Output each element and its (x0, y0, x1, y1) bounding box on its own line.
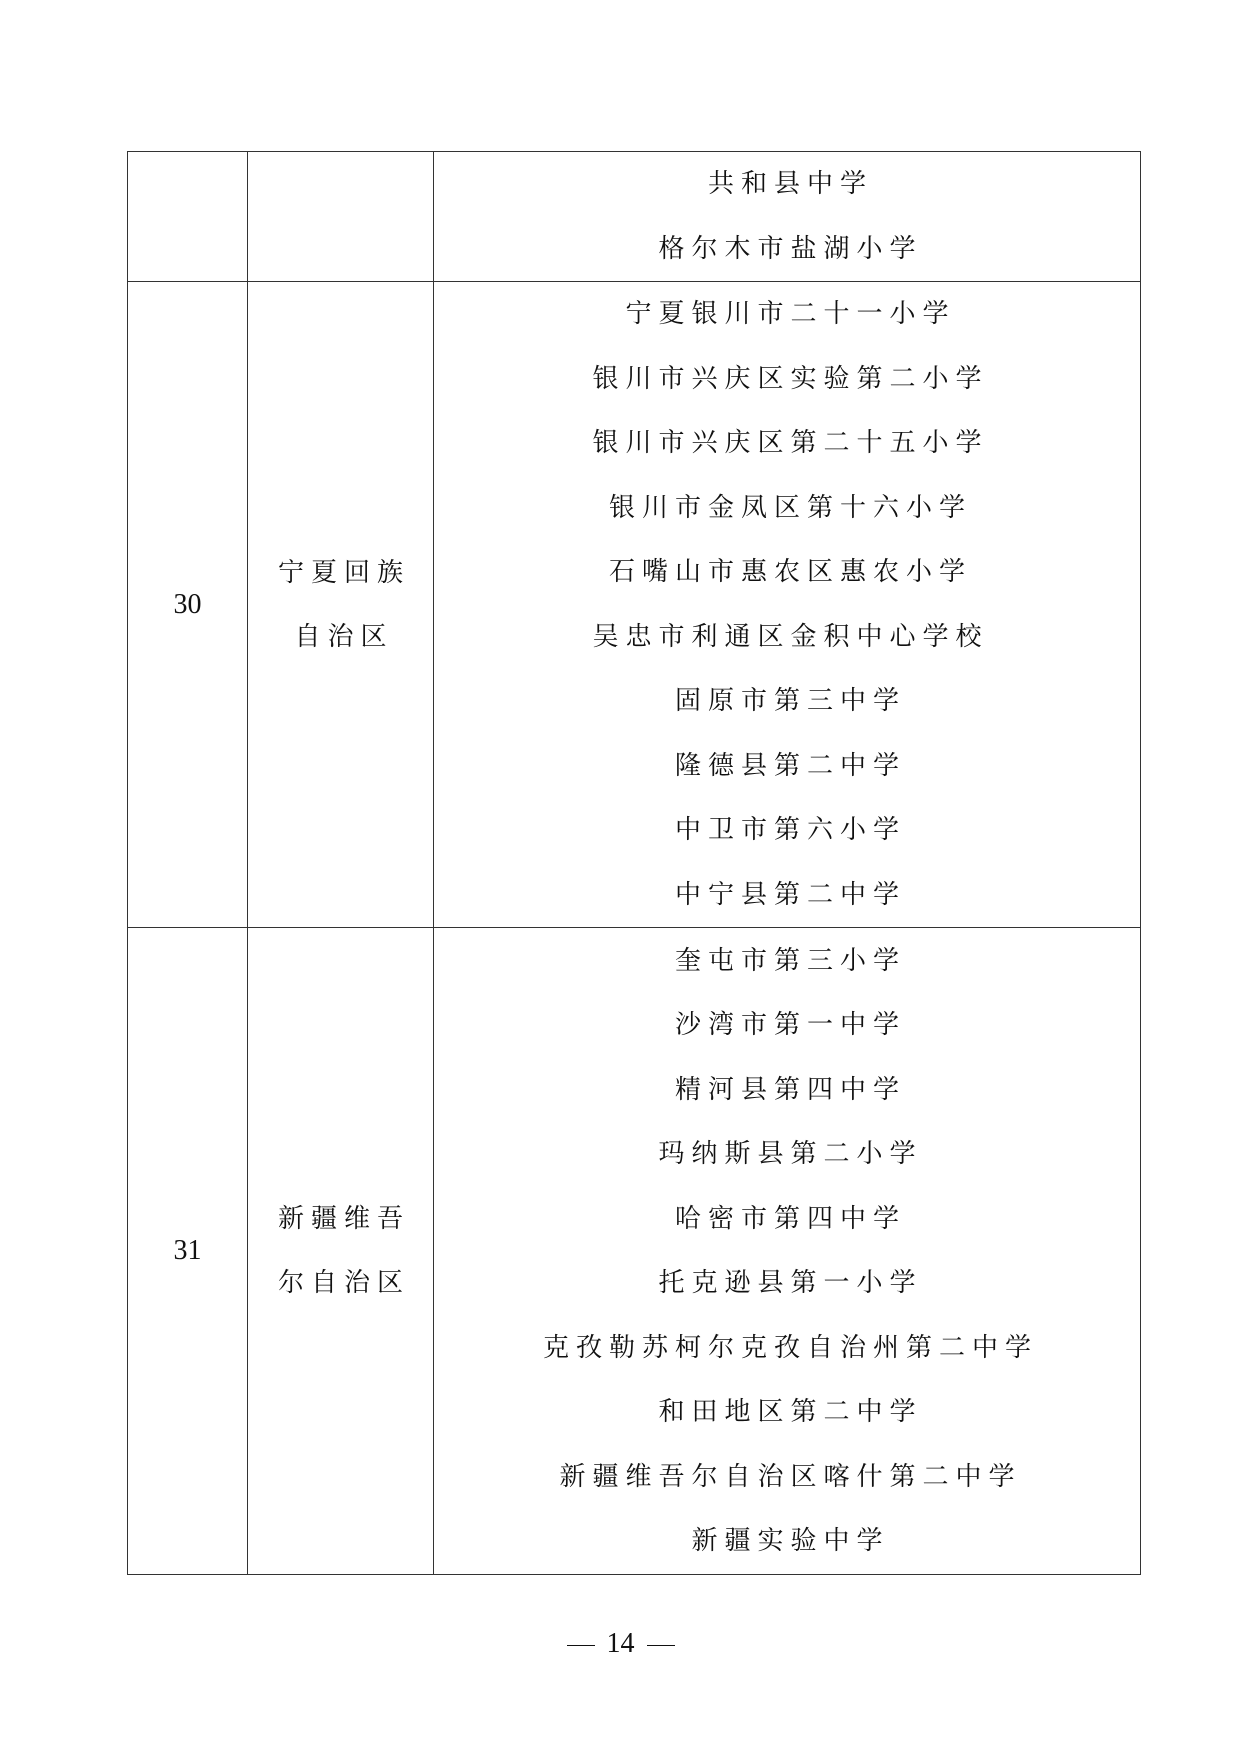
region-name-line: 自治区 (248, 605, 433, 669)
region-cell: 新疆维吾 尔自治区 (248, 928, 434, 1575)
school-name: 新疆实验中学 (434, 1509, 1140, 1574)
school-name: 奎屯市第三小学 (434, 929, 1140, 994)
school-name: 和田地区第二中学 (434, 1380, 1140, 1445)
school-name: 新疆维吾尔自治区喀什第二中学 (434, 1445, 1140, 1510)
dash-left-decoration (567, 1645, 595, 1647)
school-name: 中卫市第六小学 (434, 798, 1140, 863)
school-list-cell: 宁夏银川市二十一小学 银川市兴庆区实验第二小学 银川市兴庆区第二十五小学 银川市… (434, 282, 1141, 928)
school-name: 隆德县第二中学 (434, 734, 1140, 799)
region-cell: 宁夏回族 自治区 (248, 282, 434, 928)
school-name: 共和县中学 (434, 152, 1140, 217)
school-name: 固原市第三中学 (434, 669, 1140, 734)
school-name: 银川市兴庆区实验第二小学 (434, 347, 1140, 412)
school-name: 玛纳斯县第二小学 (434, 1122, 1140, 1187)
school-name: 银川市兴庆区第二十五小学 (434, 411, 1140, 476)
region-name-line: 尔自治区 (248, 1251, 433, 1315)
table-row-31: 31 新疆维吾 尔自治区 奎屯市第三小学 沙湾市第一中学 精河县第四中学 玛纳斯… (128, 928, 1141, 1575)
school-name: 克孜勒苏柯尔克孜自治州第二中学 (434, 1316, 1140, 1381)
school-list-table: 共和县中学 格尔木市盐湖小学 30 宁夏回族 自治区 宁夏银川市二十一小学 银川… (127, 151, 1141, 1575)
school-name: 精河县第四中学 (434, 1058, 1140, 1123)
school-list-cell: 共和县中学 格尔木市盐湖小学 (434, 152, 1141, 282)
table-row-continuation: 共和县中学 格尔木市盐湖小学 (128, 152, 1141, 282)
school-name: 吴忠市利通区金积中心学校 (434, 605, 1140, 670)
school-name: 石嘴山市惠农区惠农小学 (434, 540, 1140, 605)
school-name: 银川市金凤区第十六小学 (434, 476, 1140, 541)
row-number-cell: 31 (128, 928, 248, 1575)
school-name: 宁夏银川市二十一小学 (434, 282, 1140, 347)
school-list-cell: 奎屯市第三小学 沙湾市第一中学 精河县第四中学 玛纳斯县第二小学 哈密市第四中学… (434, 928, 1141, 1575)
school-name: 中宁县第二中学 (434, 863, 1140, 928)
school-name: 格尔木市盐湖小学 (434, 217, 1140, 282)
school-name: 沙湾市第一中学 (434, 993, 1140, 1058)
row-number-cell: 30 (128, 282, 248, 928)
region-name-line: 宁夏回族 (248, 541, 433, 605)
table-row-30: 30 宁夏回族 自治区 宁夏银川市二十一小学 银川市兴庆区实验第二小学 银川市兴… (128, 282, 1141, 928)
school-name: 哈密市第四中学 (434, 1187, 1140, 1252)
page-number-footer: 14 (0, 1628, 1241, 1660)
page-number: 14 (607, 1628, 635, 1659)
school-name: 托克逊县第一小学 (434, 1251, 1140, 1316)
row-number-cell (128, 152, 248, 282)
region-cell (248, 152, 434, 282)
dash-right-decoration (647, 1645, 675, 1647)
region-name-line: 新疆维吾 (248, 1187, 433, 1251)
